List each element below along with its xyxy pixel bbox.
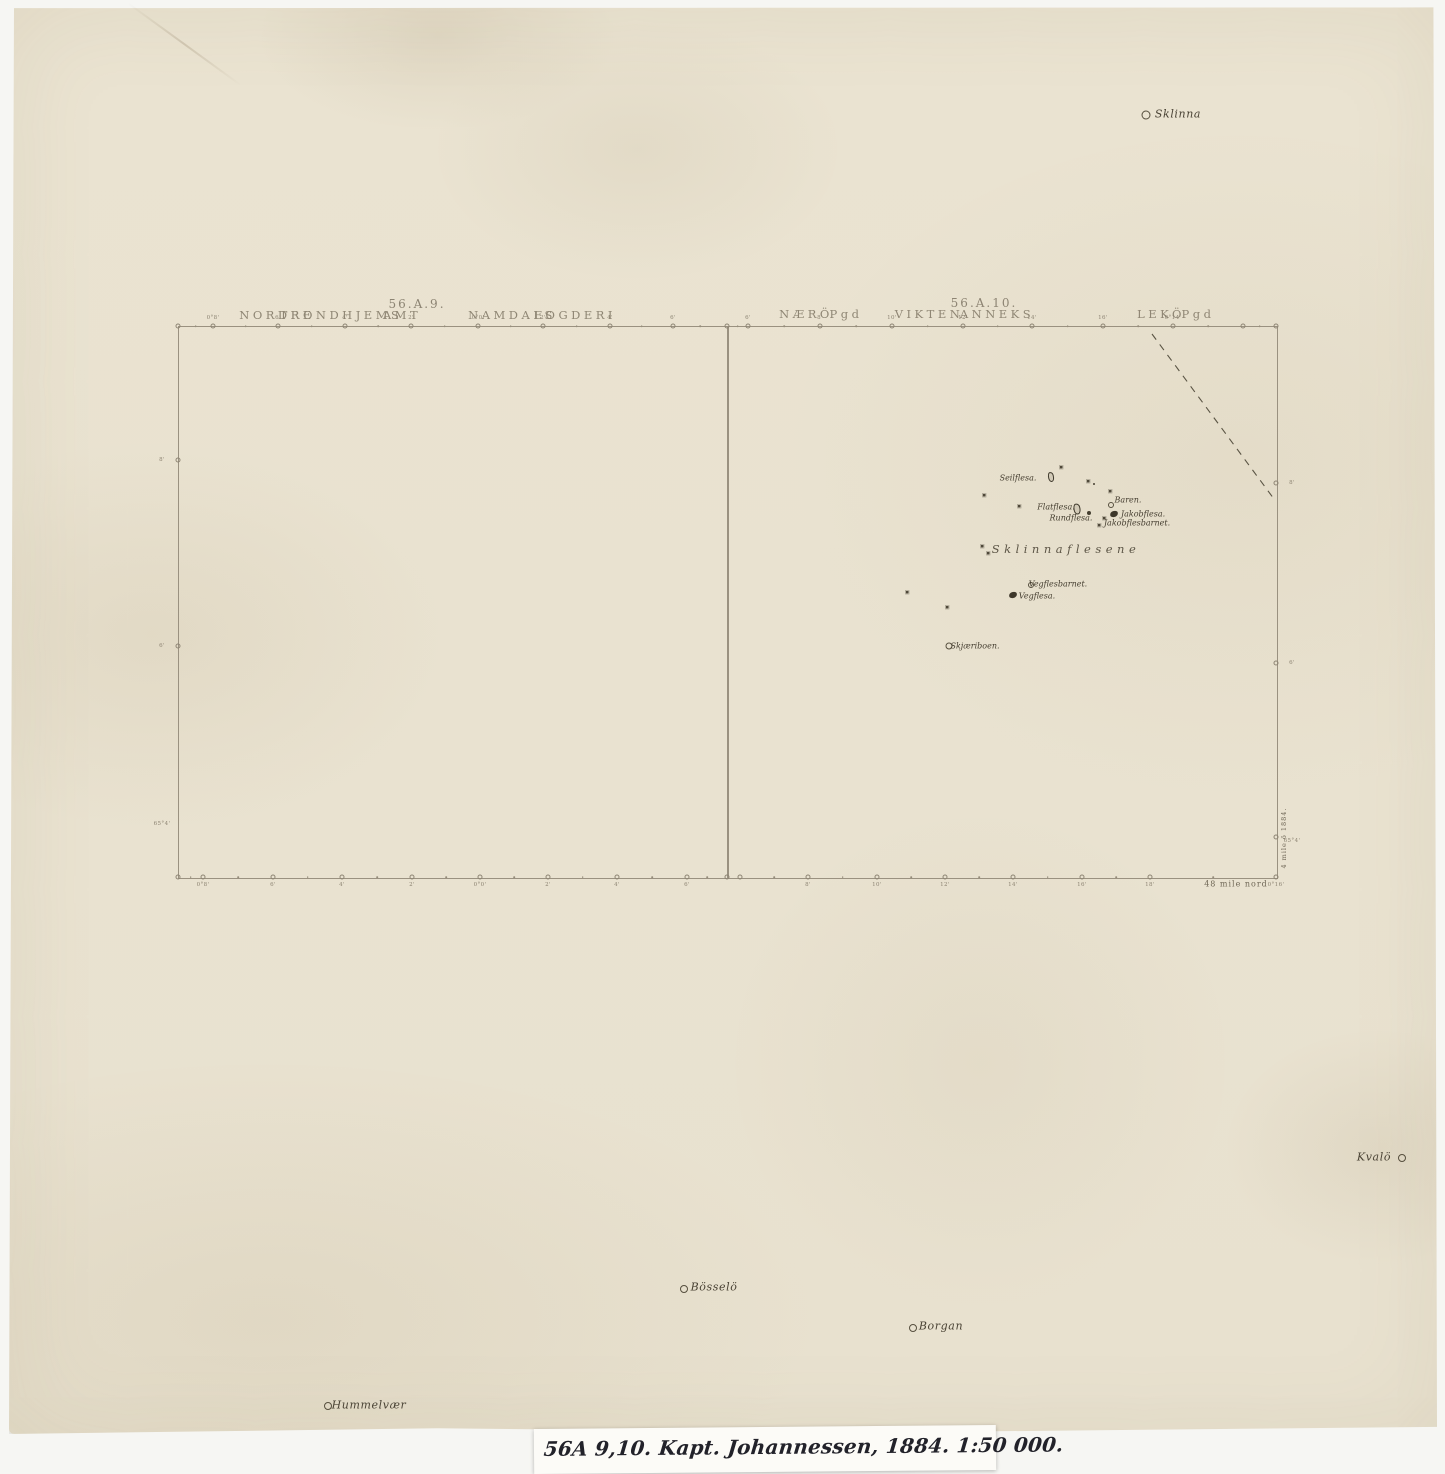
graticule-tick: [201, 875, 206, 880]
graticule-tick: [276, 324, 281, 329]
graticule-tick: [1030, 324, 1035, 329]
graticule-tick-minor: [783, 325, 785, 327]
islet-label: Skjæriboen.: [950, 642, 999, 651]
graticule-tick-label: 10': [872, 882, 882, 888]
graticule-tick: [546, 875, 551, 880]
graticule-tick: [725, 875, 730, 880]
graticule-tick-label: 4': [339, 882, 345, 888]
frame-header-word: Pgd: [830, 307, 863, 321]
frame-header-word: FOGDERI: [534, 308, 616, 322]
graticule-tick-minor: [444, 325, 446, 327]
islet-label: Vegflesbarnet.: [1029, 580, 1087, 589]
rock-marker: [1108, 489, 1112, 493]
graticule-tick-label: 65°4': [154, 821, 171, 827]
graticule-tick: [1101, 324, 1106, 329]
islet-label: Baren.: [1115, 496, 1142, 505]
graticule-tick: [738, 875, 743, 880]
frame-header-word: AMT: [383, 308, 421, 322]
rock-marker: [1017, 504, 1021, 508]
graticule-tick-minor: [1207, 325, 1209, 327]
graticule-tick: [1011, 875, 1016, 880]
graticule-tick-label: 0°8': [207, 315, 220, 321]
graticule-tick-minor: [195, 325, 197, 327]
graticule-tick: [943, 875, 948, 880]
graticule-tick-label: 14': [1008, 882, 1018, 888]
graticule-tick-minor: [997, 325, 999, 327]
graticule-tick-label: 4': [614, 882, 620, 888]
rock-marker: [980, 544, 984, 548]
graticule-tick: [176, 324, 181, 329]
archipelago-label: Sklinnaflesene: [992, 542, 1141, 556]
graticule-tick-minor: [855, 325, 857, 327]
graticule-tick-minor: [641, 325, 643, 327]
graticule-tick: [1274, 661, 1279, 666]
graticule-tick: [1171, 324, 1176, 329]
graticule-tick-label: 0°14': [1165, 315, 1182, 321]
graticule-tick-minor: [190, 876, 192, 878]
graticule-tick-label: 16': [1077, 882, 1087, 888]
graticule-tick: [1148, 875, 1153, 880]
islet-label: Rundflesa.: [1050, 514, 1093, 523]
graticule-tick-minor: [307, 876, 309, 878]
graticule-tick-label: 8': [159, 457, 165, 463]
graticule-tick-label: 14': [1027, 315, 1037, 321]
graticule-tick-label: 16': [1098, 315, 1108, 321]
graticule-tick: [615, 875, 620, 880]
place-name-label: Bösselö: [691, 1281, 738, 1294]
rock-marker: [986, 551, 990, 555]
graticule-tick-label: 2': [408, 315, 414, 321]
graticule-tick: [1274, 481, 1279, 486]
graticule-tick: [343, 324, 348, 329]
graticule-tick-label: 4': [342, 315, 348, 321]
graticule-tick: [541, 324, 546, 329]
graticule-tick: [410, 875, 415, 880]
graticule-tick: [478, 875, 483, 880]
graticule-tick-minor: [706, 876, 708, 878]
graticule-tick-label: 12': [958, 315, 968, 321]
graticule-tick-label: 65°4': [1284, 838, 1301, 844]
graticule-tick: [746, 324, 751, 329]
graticule-tick-label: 2': [409, 882, 415, 888]
graticule-tick: [176, 644, 181, 649]
graticule-tick-minor: [1067, 325, 1069, 327]
graticule-tick-minor: [510, 325, 512, 327]
title-label-strip: 56A 9,10. Kapt. Johannessen, 1884. 1:50 …: [534, 1425, 996, 1474]
graticule-tick: [1241, 324, 1246, 329]
graticule-tick-minor: [1259, 325, 1261, 327]
rock-marker: [945, 605, 949, 609]
rock-marker: [982, 493, 986, 497]
graticule-tick-label: 0°8': [197, 882, 210, 888]
rock-marker: [1086, 479, 1090, 483]
graticule-tick-label: 6': [745, 315, 751, 321]
graticule-tick-minor: [311, 325, 313, 327]
rock-marker: [1059, 465, 1063, 469]
rock-marker: [905, 590, 909, 594]
graticule-tick: [476, 324, 481, 329]
place-name-label: Borgan: [919, 1320, 963, 1333]
map-frame-56A10: [727, 326, 1278, 879]
graticule-tick: [818, 324, 823, 329]
graticule-tick: [961, 324, 966, 329]
graticule-tick-label: 6': [275, 315, 281, 321]
frame-header-word: NÆRÖ: [779, 307, 833, 321]
graticule-tick-minor: [842, 876, 844, 878]
graticule-tick-minor: [237, 876, 239, 878]
frame-header-word: Pgd: [1182, 307, 1215, 321]
islet-label: Vegflesa.: [1019, 592, 1055, 601]
graticule-tick: [1274, 835, 1279, 840]
graticule-tick-label: 0°0': [474, 882, 487, 888]
islet-dot: [1093, 483, 1095, 485]
islet-label: Jakobflesa.: [1121, 510, 1165, 519]
graticule-tick-label: 6': [159, 643, 165, 649]
scanned-map-sheet: SklinnaSeilflesa.Baren.Flatflesa.Rundfle…: [0, 0, 1445, 1474]
place-name-label: Hummelvær: [332, 1399, 407, 1412]
graticule-tick: [340, 875, 345, 880]
graticule-tick-label: 6': [1289, 660, 1295, 666]
graticule-tick: [211, 324, 216, 329]
place-ring-marker: [1142, 111, 1151, 120]
graticule-tick: [271, 875, 276, 880]
frame-header-word: VIKTEN: [895, 307, 964, 321]
graticule-tick-minor: [1115, 876, 1117, 878]
graticule-tick-minor: [737, 325, 739, 327]
graticule-tick-label: 8': [817, 315, 823, 321]
graticule-tick-minor: [376, 876, 378, 878]
graticule-tick-label: 12': [940, 882, 950, 888]
graticule-tick: [1274, 875, 1279, 880]
place-name-label: Sklinna: [1155, 108, 1201, 121]
map-frame-56A9: [178, 326, 729, 879]
islet-label: Seilflesa.: [1000, 474, 1037, 483]
graticule-tick: [890, 324, 895, 329]
graticule-tick-label: 2': [545, 882, 551, 888]
graticule-tick-minor: [978, 876, 980, 878]
graticule-tick-minor: [1047, 876, 1049, 878]
graticule-tick-label: 8': [1289, 480, 1295, 486]
graticule-tick: [176, 875, 181, 880]
graticule-tick: [671, 324, 676, 329]
graticule-tick-minor: [1212, 876, 1214, 878]
graticule-tick-minor: [927, 325, 929, 327]
graticule-tick-minor: [651, 876, 653, 878]
graticule-tick-label: 6': [684, 882, 690, 888]
graticule-tick: [1080, 875, 1085, 880]
graticule-tick-label: 0°16': [1268, 882, 1285, 888]
graticule-tick: [685, 875, 690, 880]
graticule-tick-label: 0°0': [472, 315, 485, 321]
graticule-tick: [608, 324, 613, 329]
graticule-tick-minor: [513, 876, 515, 878]
graticule-tick-minor: [377, 325, 379, 327]
scale-note-bottom: 48 mile nord: [1204, 880, 1268, 889]
graticule-tick-label: 2': [540, 315, 546, 321]
place-ring-marker: [680, 1285, 688, 1293]
graticule-tick-label: 18': [1145, 882, 1155, 888]
place-ring-marker: [1398, 1154, 1406, 1162]
graticule-tick-minor: [245, 325, 247, 327]
graticule-tick-label: 6': [270, 882, 276, 888]
place-ring-marker: [1108, 502, 1114, 508]
graticule-tick: [806, 875, 811, 880]
graticule-tick-minor: [773, 876, 775, 878]
graticule-tick-minor: [582, 876, 584, 878]
title-label-text: 56A 9,10. Kapt. Johannessen, 1884. 1:50 …: [543, 1432, 1065, 1461]
place-ring-marker: [909, 1324, 917, 1332]
graticule-tick: [176, 458, 181, 463]
graticule-tick-label: 4': [607, 315, 613, 321]
frame-header-word: ANNEKS: [960, 307, 1034, 321]
graticule-tick: [1274, 324, 1279, 329]
rock-marker: [1097, 523, 1101, 527]
islet-label: Flatflesa.: [1037, 503, 1075, 512]
graticule-tick: [409, 324, 414, 329]
graticule-tick-label: 10': [887, 315, 897, 321]
graticule-tick-label: 8': [805, 882, 811, 888]
graticule-tick: [725, 324, 730, 329]
graticule-tick-minor: [699, 325, 701, 327]
graticule-tick-minor: [910, 876, 912, 878]
graticule-tick-minor: [445, 876, 447, 878]
graticule-tick-minor: [1137, 325, 1139, 327]
graticule-tick-minor: [576, 325, 578, 327]
place-name-label: Kvalö: [1357, 1151, 1391, 1164]
graticule-tick-label: 6': [670, 315, 676, 321]
islet-label: Jakobflesbarnet.: [1104, 519, 1170, 528]
graticule-tick: [875, 875, 880, 880]
